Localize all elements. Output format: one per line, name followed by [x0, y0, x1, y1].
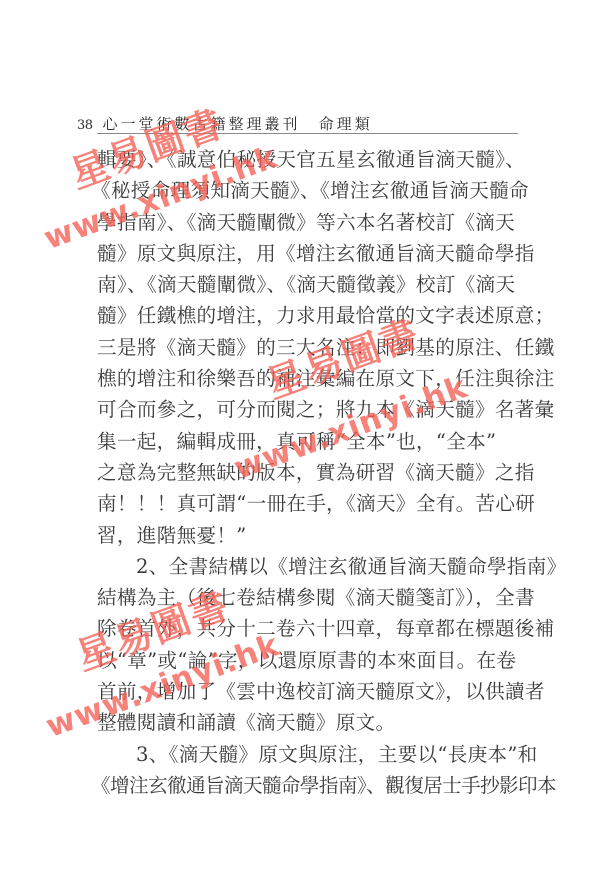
text-line: 《增注玄徹通旨滴天髓命學指南》、觀復居士手抄影印本 [91, 770, 521, 801]
paragraph-start-line: 3、《滴天髓》原文與原注，主要以“長庚本”和 [97, 739, 521, 770]
page-number: 38 [77, 118, 93, 133]
running-header: 38 心一堂術數古籍整理叢刊 命理類 [77, 113, 522, 133]
text-line: 以“章”或“論”字，以還原原書的本來面目。在卷 [97, 645, 521, 676]
text-line: 首前，增加了《雲中逸校訂滴天髓原文》，以供讀者 [97, 676, 521, 707]
text-line: 輯要》、《誠意伯秘授天官五星玄徹通旨滴天髓》、 [97, 144, 521, 175]
text-line: 三是將《滴天髓》的三大名注：即劉基的原注、任鐵 [97, 332, 521, 363]
text-line: 除卷首外，共分十二卷六十四章，每章都在標題後補 [97, 613, 521, 644]
text-line: 習，進階無憂！” [97, 520, 521, 551]
text-line: 南！！！真可謂“一冊在手，《滴天》全有。苦心研 [97, 488, 521, 519]
text-line: 樵的增注和徐樂吾的補注彙編在原文下，任注與徐注 [97, 363, 521, 394]
text-line: 結構為主（後七卷結構參閱《滴天髓箋訂》），全書 [97, 582, 521, 613]
text-line: 髓》原文與原注，用《增注玄徹通旨滴天髓命學指 [97, 238, 521, 269]
text-line: 《秘授命理須知滴天髓》、《增注玄徹通旨滴天髓命 [91, 175, 521, 206]
text-line: 之意為完整無缺的版本，實為研習《滴天髓》之指 [97, 457, 521, 488]
text-line: 集一起，編輯成冊，真可稱“全本”也，“全本” [97, 426, 521, 457]
paragraph-start-line: 2、全書結構以《增注玄徹通旨滴天髓命學指南》 [97, 551, 521, 582]
text-line: 整體閱讀和誦讀《滴天髓》原文。 [97, 707, 521, 738]
text-line: 髓》任鐵樵的增注，力求用最恰當的文字表述原意； [97, 300, 521, 331]
category-label: 命理類 [319, 113, 373, 134]
text-line: 可合而參之，可分而閱之；將九本《滴天髓》名著彙 [97, 394, 521, 425]
header-rule [97, 133, 518, 134]
book-page: 38 心一堂術數古籍整理叢刊 命理類 輯要》、《誠意伯秘授天官五星玄徹通旨滴天髓… [0, 0, 600, 876]
body-text: 輯要》、《誠意伯秘授天官五星玄徹通旨滴天髓》、 《秘授命理須知滴天髓》、《增注玄… [97, 144, 521, 801]
text-line: 南》、《滴天髓闡微》、《滴天髓徵義》校訂《滴天 [97, 269, 521, 300]
series-title: 心一堂術數古籍整理叢刊 [103, 113, 301, 134]
text-line: 學指南》、《滴天髓闡微》等六本名著校訂《滴天 [97, 207, 521, 238]
